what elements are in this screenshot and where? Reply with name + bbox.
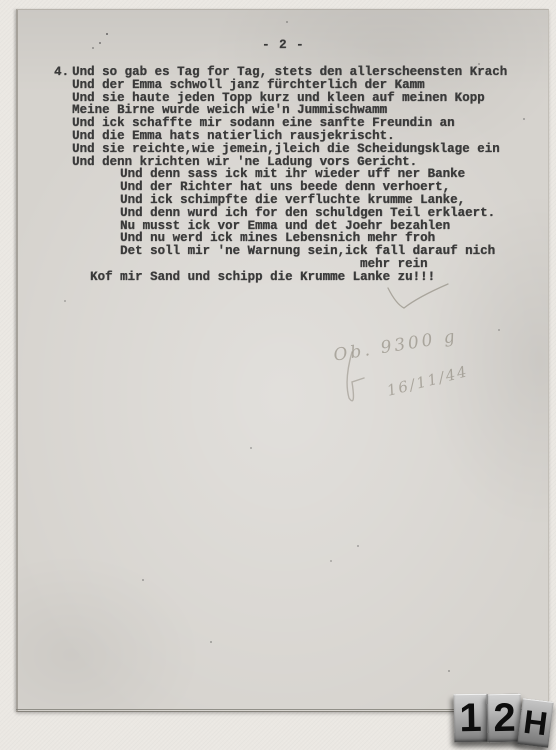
scanned-document-photo: - 2 - 4. Und so gab es Tag for Tag, stet… (0, 0, 556, 750)
poem-line: Und denn wurd ich for den schuldgen Teil… (120, 207, 542, 220)
plate-tile-2: 2 (487, 694, 522, 743)
poem-line: Und so gab es Tag for Tag, stets den all… (72, 66, 542, 79)
page-number: - 2 - (262, 39, 305, 52)
plate-tile-h: H (517, 698, 553, 747)
poem-line: Und der Emma schwoll janz fürchterlich d… (72, 79, 542, 92)
poem-line: Kof mir Sand und schipp die Krumme Lanke… (90, 271, 542, 284)
poem-line: Det soll mir 'ne Warnung sein,ick fall d… (120, 245, 542, 258)
poem-lines: Und so gab es Tag for Tag, stets den all… (72, 66, 542, 284)
poem-line: Und sie reichte,wie jemein,jleich die Sc… (72, 143, 542, 156)
paper-specks (0, 0, 2, 2)
archive-number-plate: 1 2 H (450, 688, 556, 750)
plate-tile-1: 1 (454, 694, 488, 743)
poem-line: Und die Emma hats natierlich rausjekrisc… (72, 130, 542, 143)
poem-line: Und ick schimpfte die verfluchte krumme … (120, 194, 542, 207)
stanza-number: 4. (54, 66, 69, 79)
poem-line: mehr rein (360, 258, 542, 271)
